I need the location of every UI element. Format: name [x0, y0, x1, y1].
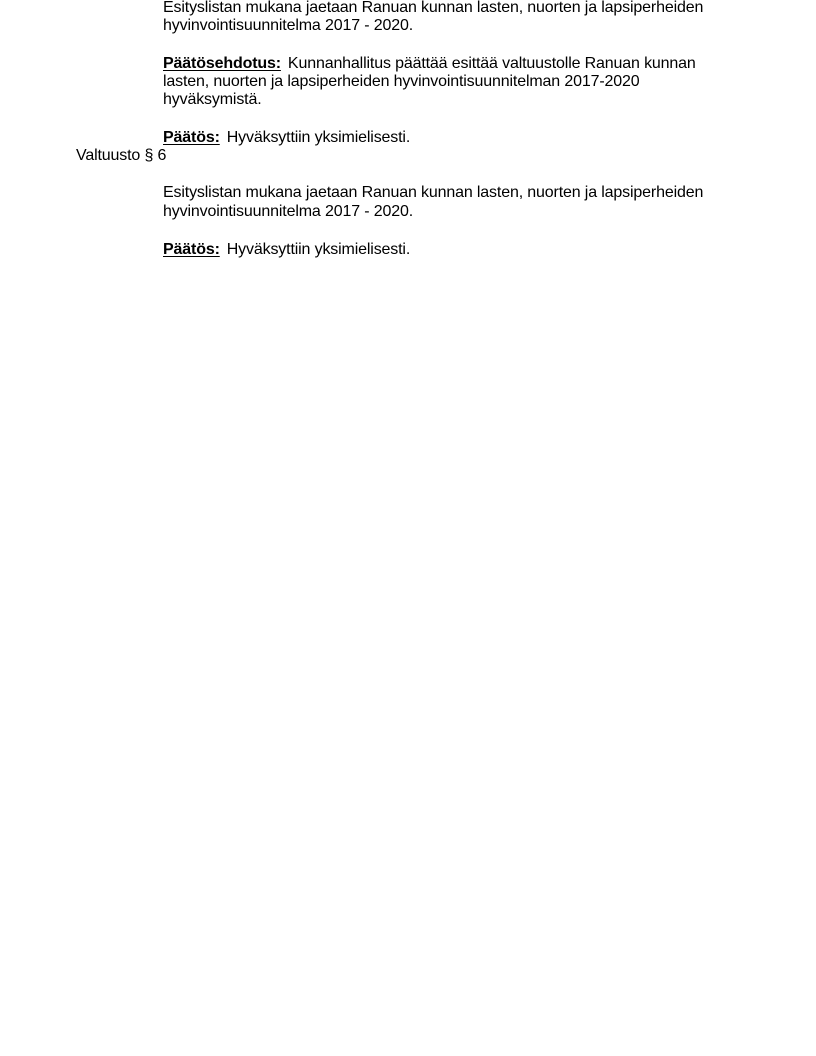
section-heading-valtuusto: Valtuusto § 6 — [76, 147, 166, 165]
decision-text: Hyväksyttiin yksimielisesti. — [227, 129, 410, 146]
paragraph-line: Esityslistan mukana jaetaan Ranuan kunna… — [163, 184, 703, 202]
decision-proposal-label: Päätösehdotus: — [163, 55, 281, 72]
decision-proposal-text: lasten, nuorten ja lapsiperheiden hyvinv… — [163, 73, 640, 91]
decision-proposal-text: hyväksymistä. — [163, 91, 262, 109]
paragraph-line: hyvinvointisuunnitelma 2017 - 2020. — [163, 203, 413, 221]
decision-label: Päätös: — [163, 129, 220, 146]
paragraph-line: Esityslistan mukana jaetaan Ranuan kunna… — [163, 0, 703, 17]
decision-text: Hyväksyttiin yksimielisesti. — [227, 241, 410, 258]
paragraph-line: hyvinvointisuunnitelma 2017 - 2020. — [163, 17, 413, 35]
decision-proposal-text: Kunnanhallitus päättää esittää valtuusto… — [288, 55, 696, 72]
decision-label: Päätös: — [163, 241, 220, 258]
